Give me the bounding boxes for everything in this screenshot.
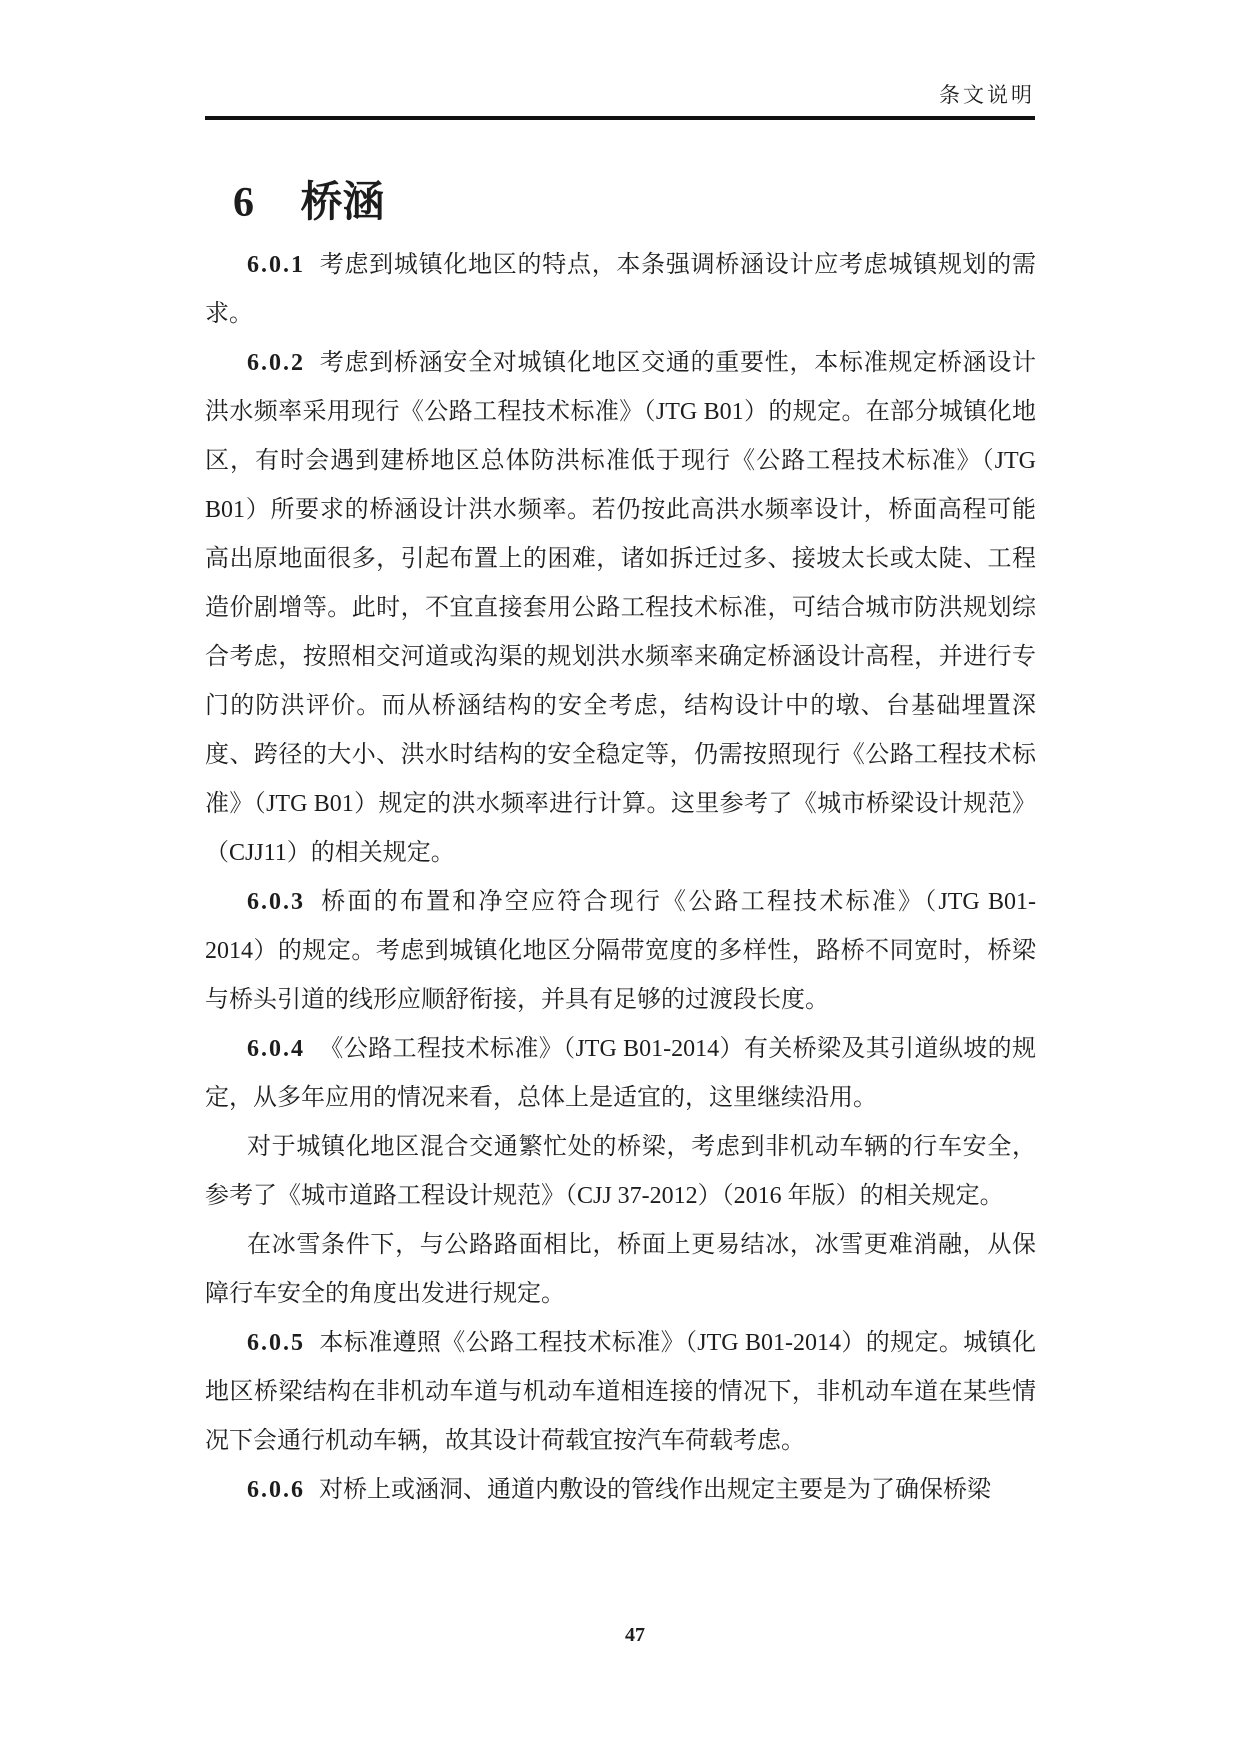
- clause-paragraph-6-0-5: 6.0.5本标准遵照《公路工程技术标准》（JTG B01-2014）的规定。城镇…: [205, 1319, 1036, 1466]
- chapter-name: 桥涵: [301, 180, 385, 226]
- clause-paragraph-6-0-2: 6.0.2考虑到桥涵安全对城镇化地区交通的重要性，本标准规定桥涵设计洪水频率采用…: [205, 339, 1036, 878]
- continuation-paragraph: 在冰雪条件下，与公路路面相比，桥面上更易结冰，冰雪更难消融，从保障行车安全的角度…: [205, 1221, 1036, 1319]
- clause-number: 6.0.1: [247, 252, 305, 278]
- clause-number: 6.0.6: [247, 1477, 305, 1503]
- chapter-title: 6 桥涵: [233, 179, 385, 227]
- clause-text: 桥面的布置和净空应符合现行《公路工程技术标准》（JTG B01-2014）的规定…: [205, 889, 1036, 1013]
- clause-number: 6.0.5: [247, 1330, 305, 1356]
- clause-text: 在冰雪条件下，与公路路面相比，桥面上更易结冰，冰雪更难消融，从保障行车安全的角度…: [205, 1232, 1036, 1307]
- clause-number: 6.0.4: [247, 1036, 305, 1062]
- chapter-number: 6: [233, 180, 254, 226]
- continuation-paragraph: 对于城镇化地区混合交通繁忙处的桥梁，考虑到非机动车辆的行车安全，参考了《城市道路…: [205, 1123, 1036, 1221]
- clause-number: 6.0.3: [247, 889, 305, 915]
- clause-text: 对于城镇化地区混合交通繁忙处的桥梁，考虑到非机动车辆的行车安全，参考了《城市道路…: [205, 1134, 1036, 1209]
- clause-text: 考虑到桥涵安全对城镇化地区交通的重要性，本标准规定桥涵设计洪水频率采用现行《公路…: [205, 350, 1036, 866]
- document-page: 条文说明 6 桥涵 6.0.1考虑到城镇化地区的特点，本条强调桥涵设计应考虑城镇…: [0, 0, 1241, 1754]
- clause-number: 6.0.2: [247, 350, 305, 376]
- running-header: 条文说明: [205, 82, 1035, 108]
- clause-text: 对桥上或涵洞、通道内敷设的管线作出规定主要是为了确保桥梁: [319, 1477, 991, 1503]
- clause-text: 本标准遵照《公路工程技术标准》（JTG B01-2014）的规定。城镇化地区桥梁…: [205, 1330, 1036, 1454]
- running-header-label: 条文说明: [939, 83, 1035, 107]
- body-text: 6.0.1考虑到城镇化地区的特点，本条强调桥涵设计应考虑城镇规划的需求。 6.0…: [205, 241, 1036, 1515]
- clause-paragraph-6-0-4: 6.0.4《公路工程技术标准》（JTG B01-2014）有关桥梁及其引道纵坡的…: [205, 1025, 1036, 1123]
- header-rule: [205, 116, 1035, 120]
- clause-text: 考虑到城镇化地区的特点，本条强调桥涵设计应考虑城镇规划的需求。: [205, 252, 1036, 327]
- clause-paragraph-6-0-3: 6.0.3桥面的布置和净空应符合现行《公路工程技术标准》（JTG B01-201…: [205, 878, 1036, 1025]
- clause-paragraph-6-0-1: 6.0.1考虑到城镇化地区的特点，本条强调桥涵设计应考虑城镇规划的需求。: [205, 241, 1036, 339]
- clause-text: 《公路工程技术标准》（JTG B01-2014）有关桥梁及其引道纵坡的规定，从多…: [205, 1036, 1036, 1111]
- page-number: 47: [205, 1624, 1065, 1647]
- clause-paragraph-6-0-6: 6.0.6对桥上或涵洞、通道内敷设的管线作出规定主要是为了确保桥梁: [205, 1466, 1036, 1515]
